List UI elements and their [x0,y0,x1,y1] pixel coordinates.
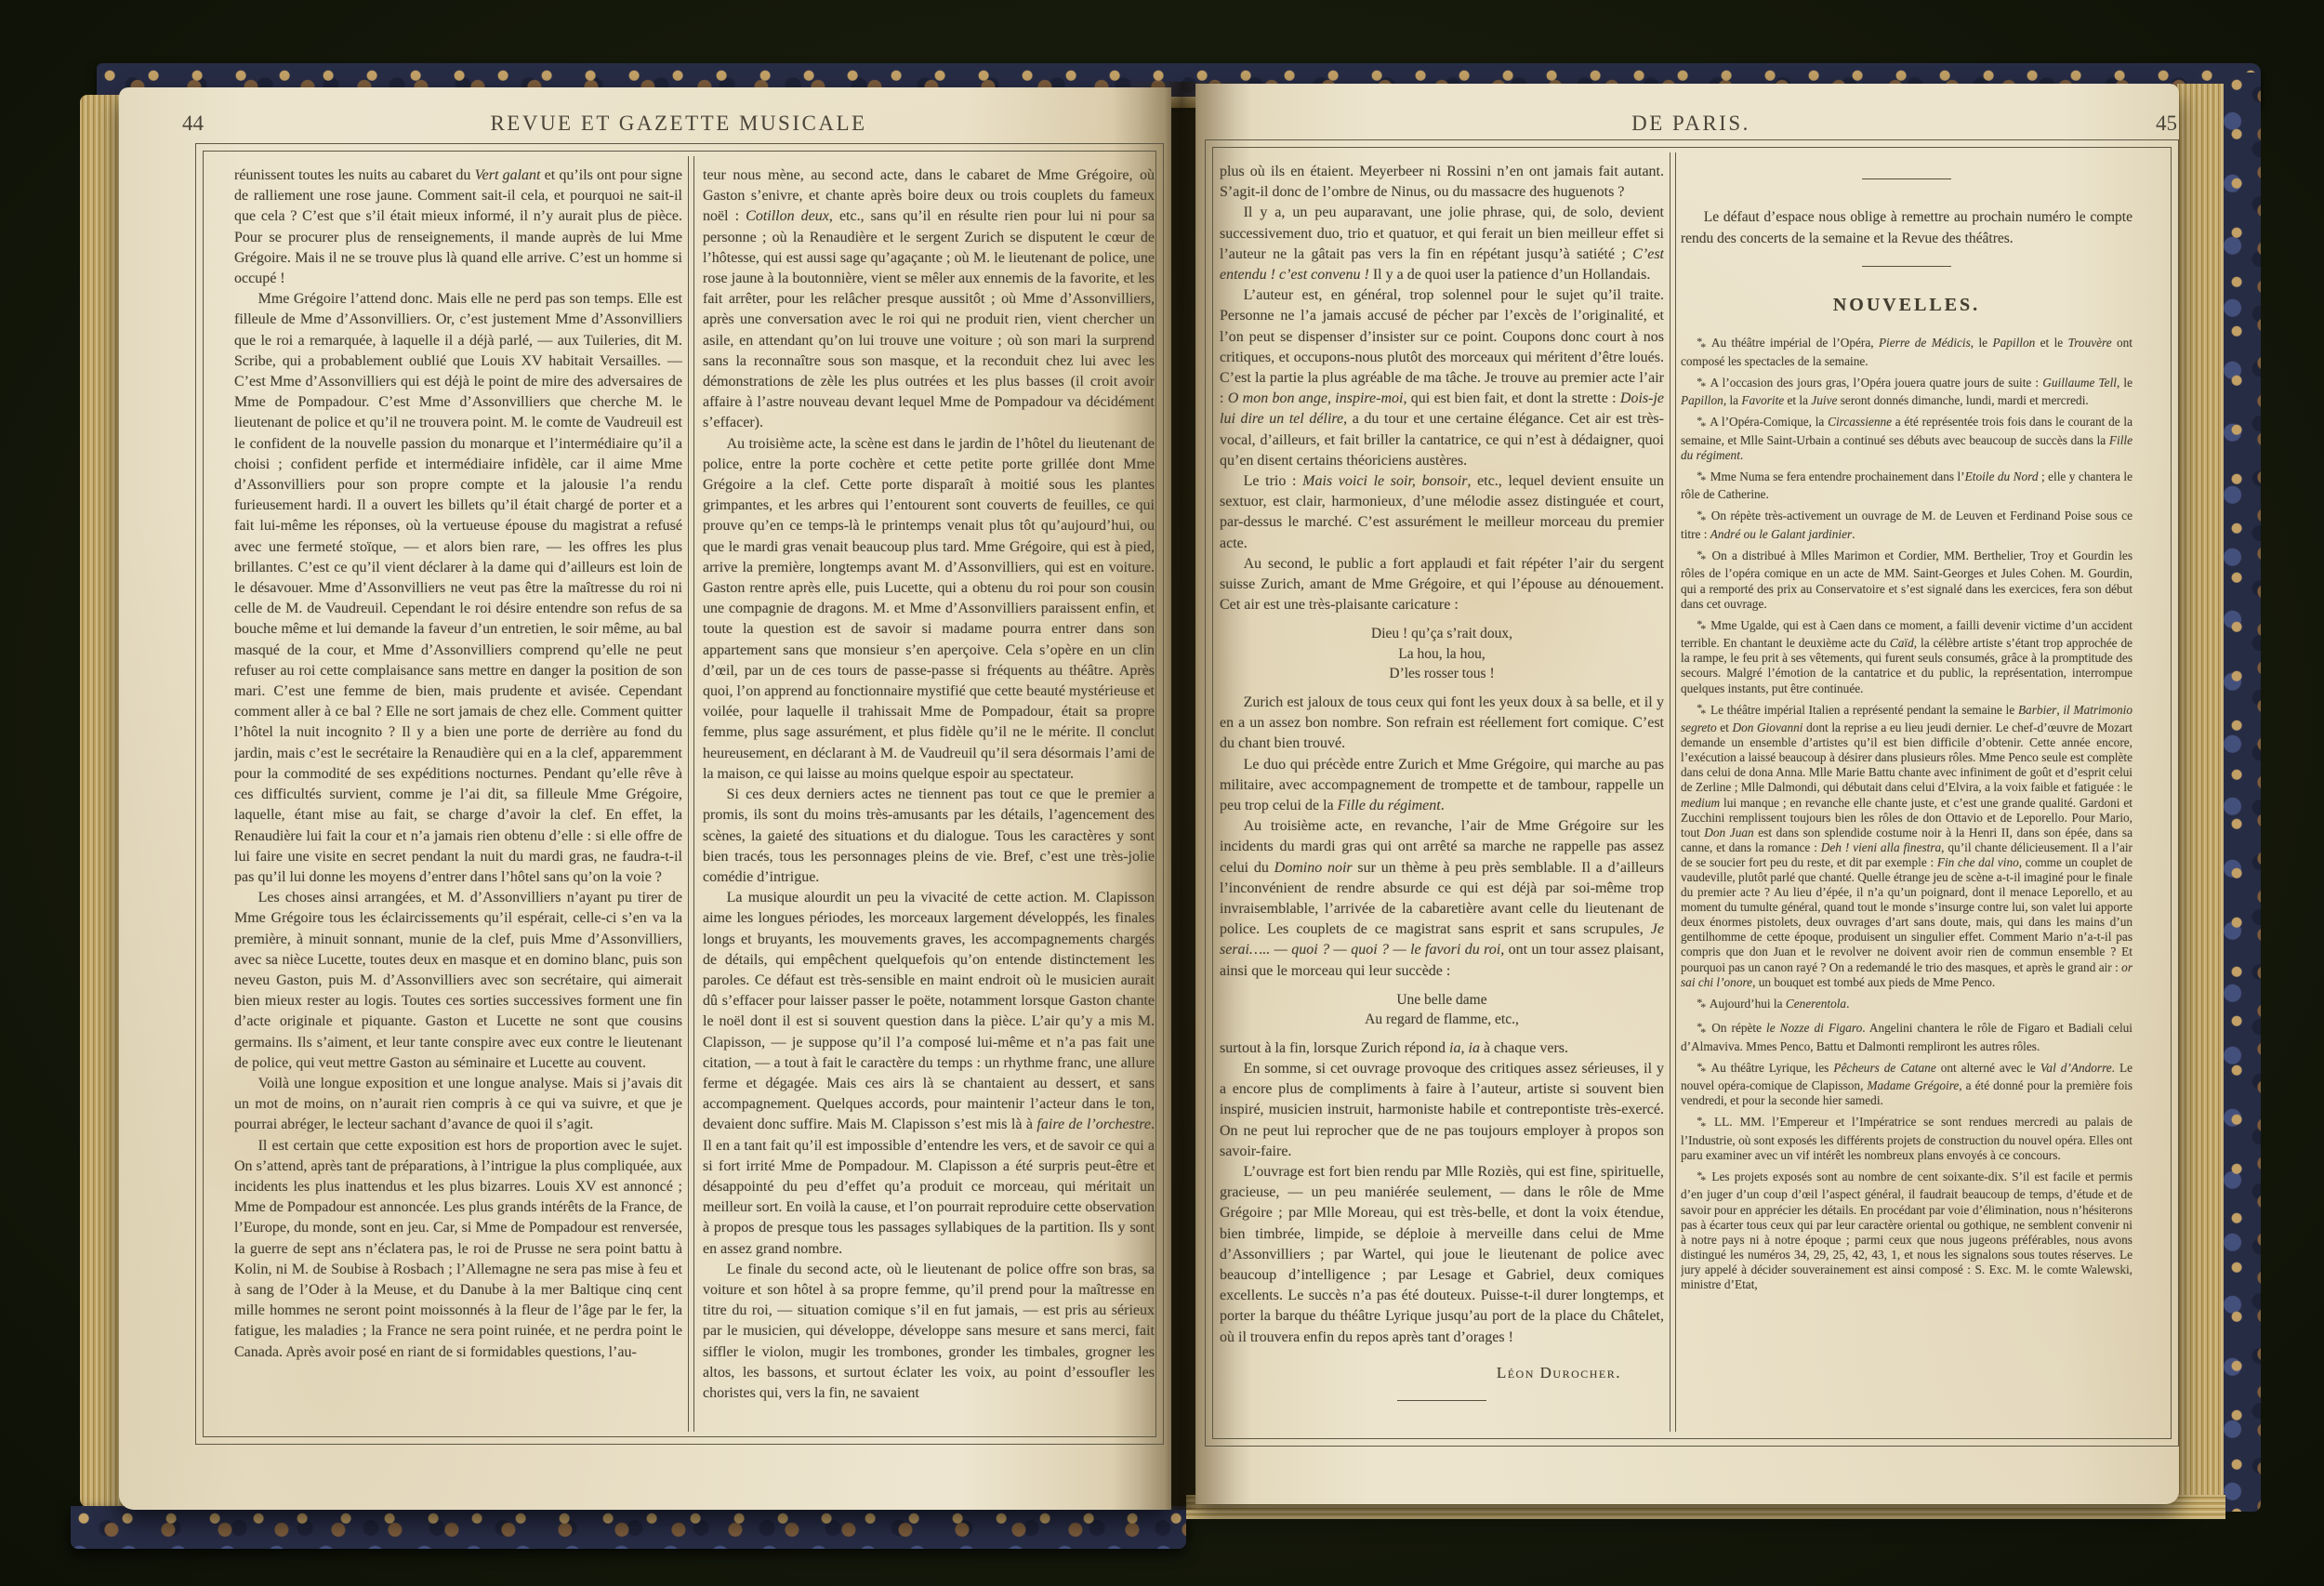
news-item: ** LL. MM. l’Empereur et l’Impératrice s… [1681,1113,2133,1163]
news-item: ** Le théâtre impérial Italien a représe… [1681,701,2133,990]
separator-rule [1397,1400,1486,1401]
left-column-divider [688,156,694,1432]
paragraph: Voilà une longue exposition et une longu… [234,1074,682,1136]
section-title: NOUVELLES. [1681,295,2133,315]
news-item: ** A l’Opéra-Comique, la Circassienne a … [1681,413,2133,463]
paragraph: plus où ils en étaient. Meyerbeer ni Ros… [1220,162,1664,203]
paragraph: L’ouvrage est fort bien rendu par Mlle R… [1220,1162,1664,1348]
separator-rule [1862,178,1951,179]
left-column-1: réunissent toutes les nuits au cabaret d… [234,165,682,1430]
news-item: ** Les projets exposés sont au nombre de… [1681,1168,2133,1292]
right-cover-marbled-edge [2224,73,2261,1512]
news-item: ** Aujourd’hui la Cenerentola. [1681,995,2133,1014]
news-item: ** On répète le Nozze di Figaro. Angelin… [1681,1019,2133,1054]
news-item-marker: ** [1697,1170,1705,1183]
news-item-marker: ** [1697,415,1705,429]
news-item-marker: ** [1697,376,1705,390]
paragraph: teur nous mène, au second acte, dans le … [703,165,1155,434]
news-item-marker: ** [1697,469,1705,483]
book-photograph: 44 REVUE ET GAZETTE MUSICALE DE PARIS. 4… [0,0,2324,1586]
left-column-2: teur nous mène, au second acte, dans le … [703,165,1155,1430]
news-item: ** Au théâtre Lyrique, les Pêcheurs de C… [1681,1059,2133,1109]
paragraph: Le défaut d’espace nous oblige à remettr… [1681,207,2133,249]
paragraph: La musique alourdit un peu la vivacité d… [703,888,1155,1260]
paragraph: Les choses ainsi arrangées, et M. d’Asso… [234,888,682,1074]
paragraph: Si ces deux derniers actes ne tiennent p… [703,785,1155,888]
author-signature: Léon Durocher. [1220,1363,1664,1383]
paragraph: Mme Grégoire l’attend donc. Mais elle ne… [234,289,682,888]
paragraph: Le finale du second acte, où le lieutena… [703,1260,1155,1404]
news-item-marker: ** [1697,702,1705,716]
paragraph: Le duo qui précède entre Zurich et Mme G… [1220,755,1664,817]
right-column-1: plus où ils en étaient. Meyerbeer ni Ros… [1220,162,1664,1430]
news-item-marker: ** [1697,1115,1705,1129]
quoted-verse: Une belle dame Au regard de flamme, etc.… [1220,990,1664,1030]
news-item-marker: ** [1697,548,1705,562]
paragraph: surtout à la fin, lorsque Zurich répond … [1220,1038,1664,1059]
paragraph: réunissent toutes les nuits au cabaret d… [234,165,682,289]
paragraph: Il y a, un peu auparavant, une jolie phr… [1220,203,1664,285]
news-item: ** On répète très-activement un ouvrage … [1681,507,2133,542]
news-item: ** A l’occasion des jours gras, l’Opéra … [1681,374,2133,409]
right-page-stack-edge [2177,84,2225,1502]
bottom-cover-marbled-edge [71,1506,1186,1549]
news-item-marker: ** [1697,1061,1705,1075]
right-page-number: 45 [2103,112,2177,136]
paragraph: L’auteur est, en général, trop solennel … [1220,285,1664,471]
right-column-divider [1670,152,1676,1432]
right-running-title: DE PARIS. [1205,112,2177,136]
paragraph: Au second, le public a fort applaudi et … [1220,554,1664,616]
paragraph: Zurich est jaloux de tous ceux qui font … [1220,693,1664,755]
news-item-marker: ** [1697,1021,1705,1035]
news-item-marker: ** [1697,618,1705,632]
news-item-marker: ** [1697,997,1705,1011]
left-running-title: REVUE ET GAZETTE MUSICALE [195,112,1162,136]
news-item-marker: ** [1697,336,1705,350]
news-item: ** Au théâtre impérial de l’Opéra, Pierr… [1681,334,2133,369]
news-item: ** On a distribué à Mlles Marimon et Cor… [1681,547,2133,612]
paragraph: Il est certain que cette exposition est … [234,1136,682,1363]
paragraph: En somme, si cet ouvrage provoque des cr… [1220,1059,1664,1162]
news-item: ** Mme Ugalde, qui est à Caen dans ce mo… [1681,616,2133,696]
right-column-2: Le défaut d’espace nous oblige à remettr… [1681,162,2133,1430]
paragraph: Au troisième acte, en revanche, l’air de… [1220,816,1664,982]
separator-rule [1862,266,1951,267]
news-item-marker: ** [1697,509,1705,522]
paragraph: Au troisième acte, la scène est dans le … [703,434,1155,785]
paragraph: Le trio : Mais voici le soir, bonsoir, e… [1220,471,1664,554]
quoted-verse: Dieu ! qu’ça s’rait doux, La hou, la hou… [1220,624,1664,684]
news-item: ** Mme Numa se fera entendre prochaineme… [1681,468,2133,503]
